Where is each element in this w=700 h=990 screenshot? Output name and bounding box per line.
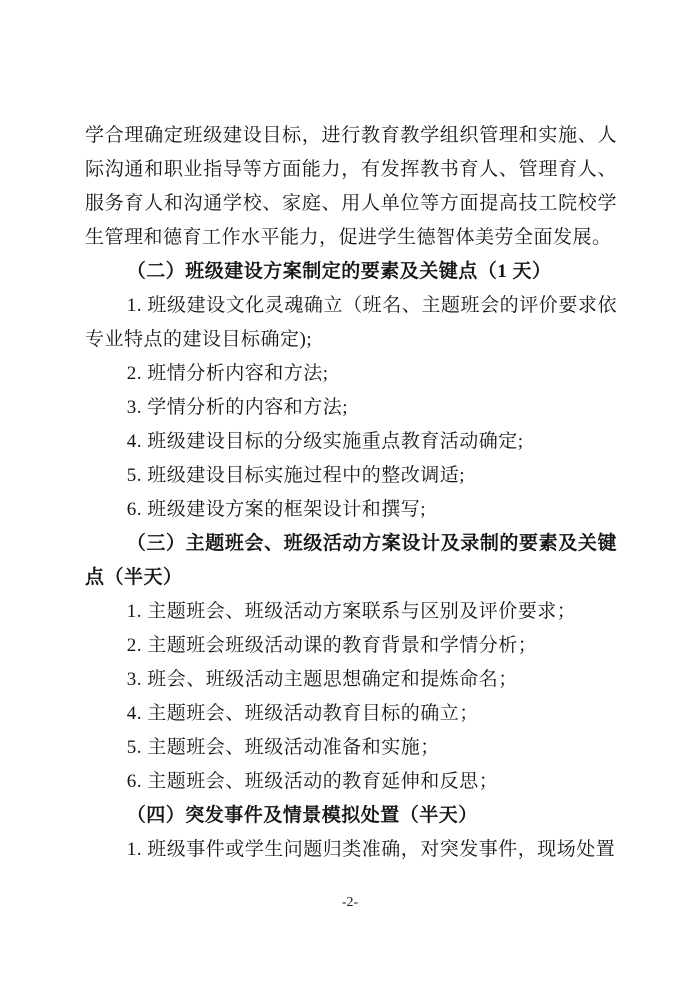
section-2-item-2: 2. 班情分析内容和方法; xyxy=(85,357,617,391)
section-3-item-5: 5. 主题班会、班级活动准备和实施； xyxy=(85,731,617,765)
section-4-heading: （四）突发事件及情景模拟处置（半天） xyxy=(85,799,617,833)
section-2-item-1: 1. 班级建设文化灵魂确立（班名、主题班会的评价要求依专业特点的建设目标确定); xyxy=(85,289,617,357)
section-3-item-2: 2. 主题班会班级活动课的教育背景和学情分析； xyxy=(85,629,617,663)
document-body: 学合理确定班级建设目标，进行教育教学组织管理和实施、人际沟通和职业指导等方面能力… xyxy=(85,119,617,867)
section-2-item-6: 6. 班级建设方案的框架设计和撰写; xyxy=(85,493,617,527)
section-3-item-1: 1. 主题班会、班级活动方案联系与区别及评价要求； xyxy=(85,595,617,629)
section-2-item-3: 3. 学情分析的内容和方法; xyxy=(85,391,617,425)
section-2-item-5: 5. 班级建设目标实施过程中的整改调适; xyxy=(85,459,617,493)
section-3-item-6: 6. 主题班会、班级活动的教育延伸和反思； xyxy=(85,765,617,799)
section-3-heading: （三）主题班会、班级活动方案设计及录制的要素及关键点（半天） xyxy=(85,527,617,595)
document-page: 学合理确定班级建设目标，进行教育教学组织管理和实施、人际沟通和职业指导等方面能力… xyxy=(0,0,700,990)
page-number: -2- xyxy=(0,895,700,911)
section-4-item-1: 1. 班级事件或学生问题归类准确，对突发事件，现场处置 xyxy=(85,833,617,867)
section-3-item-3: 3. 班会、班级活动主题思想确定和提炼命名； xyxy=(85,663,617,697)
intro-paragraph: 学合理确定班级建设目标，进行教育教学组织管理和实施、人际沟通和职业指导等方面能力… xyxy=(85,119,617,255)
section-3-item-4: 4. 主题班会、班级活动教育目标的确立； xyxy=(85,697,617,731)
section-2-heading: （二）班级建设方案制定的要素及关键点（1 天） xyxy=(85,255,617,289)
section-2-item-4: 4. 班级建设目标的分级实施重点教育活动确定; xyxy=(85,425,617,459)
